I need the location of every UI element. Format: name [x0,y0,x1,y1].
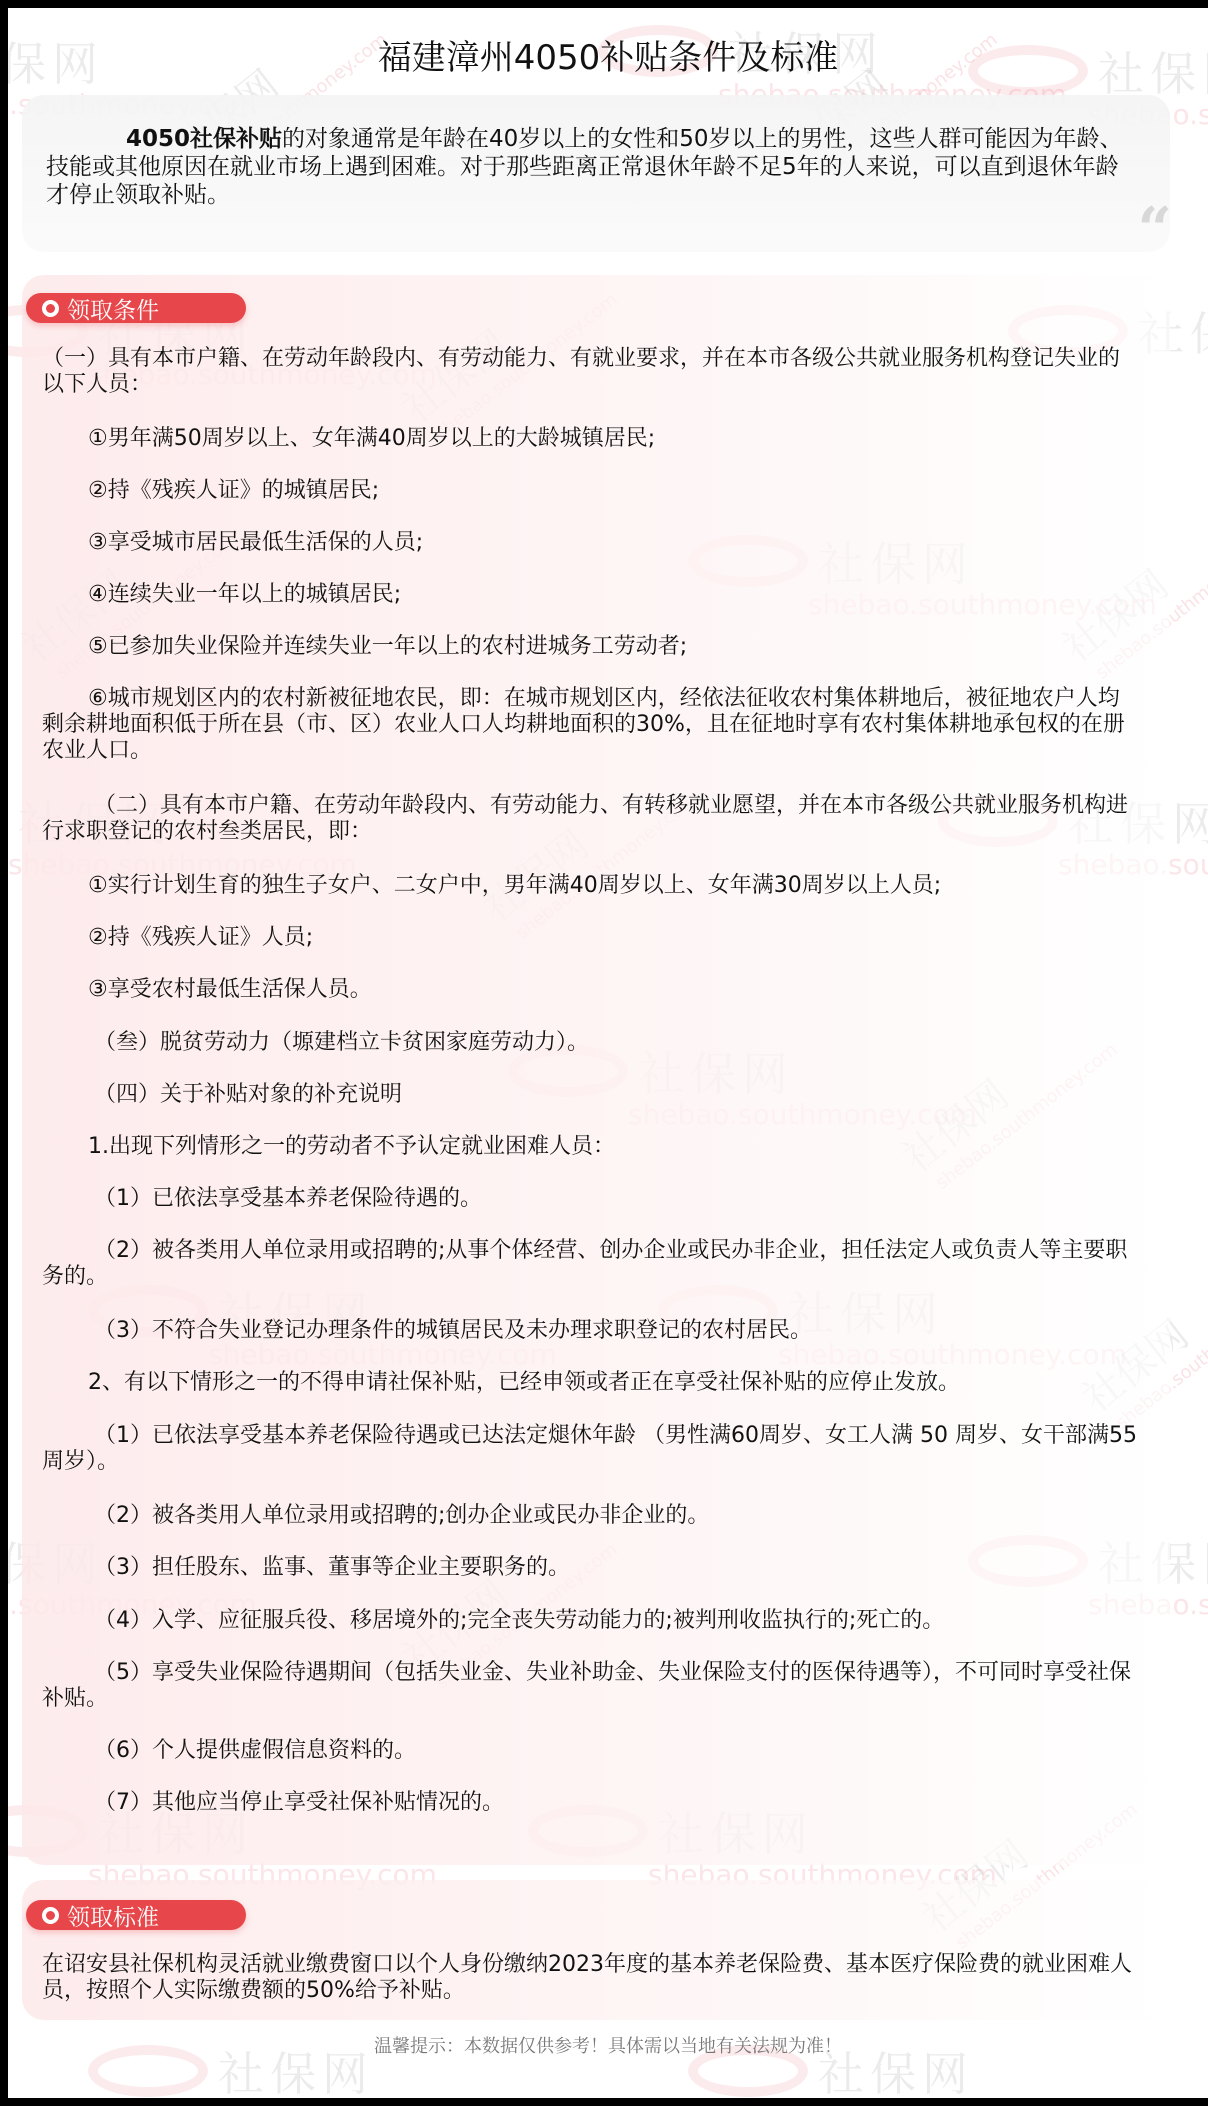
ring-icon [42,300,59,317]
condition-line: ①男年满50周岁以上、女年满40周岁以上的大龄城镇居民; [42,426,1140,452]
condition-line: （1）已依法享受基本养老保险待遇的。 [42,1186,1140,1212]
intro-keyword: 4050社保补贴 [126,126,282,152]
condition-line: （4）入学、应征服兵役、移居境外的;完全丧失劳动能力的;被判刑收监执行的;死亡的… [42,1608,1140,1634]
condition-line: （2）被各类用人单位录用或招聘的;创办企业或民办非企业的。 [42,1503,1140,1529]
section-header-label: 领取标准 [67,1899,159,1932]
condition-line: ⑤已参加失业保险并连续失业一年以上的农村进城务工劳动者; [42,634,1140,660]
section-header-conditions: 领取条件 [26,293,246,323]
footer-disclaimer: 温馨提示：本数据仅供参考！具体需以当地有关法规为准！ [8,2032,1208,2058]
condition-line: （叁）脱贫劳动力（塬建档立卡贫困家庭劳动力）。 [42,1030,1140,1056]
section-header-standards: 领取标准 [26,1900,246,1930]
condition-line: （5）享受失业保险待遇期间（包括失业金、失业补助金、失业保险支付的医保待遇等），… [42,1660,1140,1712]
section-conditions: 领取条件 （一）具有本市户籍、在劳动年龄段内、有劳动能力、有就业要求，并在本市各… [22,275,1170,1865]
condition-line: （3）担任股东、监事、董事等企业主要职务的。 [42,1555,1140,1581]
condition-line: （四）关于补贴对象的补充说明 [42,1082,1140,1108]
quote-icon: “ [1137,200,1172,260]
section-header-label: 领取条件 [67,292,159,325]
condition-line: 1.出现下列情形之一的劳动者不予认定就业困难人员： [42,1134,1140,1160]
condition-line: ①实行计划生育的独生子女户、二女户中，男年满40周岁以上、女年满30周岁以上人员… [42,873,1140,899]
condition-line: （6）个人提供虚假信息资料的。 [42,1738,1140,1764]
intro-text: 4050社保补贴的对象通常是年龄在40岁以上的女性和50岁以上的男性，这些人群可… [46,125,1140,209]
condition-line: （3）不符合失业登记办理条件的城镇居民及未办理求职登记的农村居民。 [42,1318,1140,1344]
intro-box: 4050社保补贴的对象通常是年龄在40岁以上的女性和50岁以上的男性，这些人群可… [22,95,1170,252]
condition-line: ②持《残疾人证》人员; [42,925,1140,951]
condition-line: （二）具有本市户籍、在劳动年龄段内、有劳动能力、有转移就业愿望，并在本市各级公共… [42,793,1140,845]
condition-line: ⑥城市规划区内的农村新被征地农民，即：在城市规划区内，经依法征收农村集体耕地后，… [42,686,1140,764]
condition-line: ④连续失业一年以上的城镇居民; [42,582,1140,608]
condition-line: ②持《残疾人证》的城镇居民; [42,478,1140,504]
ring-icon [42,1907,59,1924]
condition-line: （一）具有本市户籍、在劳动年龄段内、有劳动能力、有就业要求，并在本市各级公共就业… [42,346,1140,398]
page: 社保网shebao.southmoney.com 社保网shebao.south… [8,8,1208,2098]
standard-line: 在诏安县社保机构灵活就业缴费窗口以个人身份缴纳2023年度的基本养老保险费、基本… [42,1952,1140,2004]
page-title: 福建漳州4050补贴条件及标准 [8,30,1208,79]
section-standards: 领取标准 在诏安县社保机构灵活就业缴费窗口以个人身份缴纳2023年度的基本养老保… [22,1880,1170,2020]
condition-line: ③享受农村最低生活保人员。 [42,977,1140,1003]
condition-line: 2、有以下情形之一的不得申请社保补贴，已经申领或者正在享受社保补贴的应停止发放。 [42,1370,1140,1396]
condition-line: （2）被各类用人单位录用或招聘的;从事个体经营、创办企业或民办非企业，担任法定人… [42,1238,1140,1290]
condition-line: ③享受城市居民最低生活保的人员; [42,530,1140,556]
condition-line: （1）已依法享受基本养老保险待遇或已达法定煺休年龄 （男性满60周岁、女工人满 … [42,1423,1140,1475]
article: 福建漳州4050补贴条件及标准 4050社保补贴的对象通常是年龄在40岁以上的女… [8,8,1208,2098]
condition-line: （7）其他应当停止享受社保补贴情况的。 [42,1790,1140,1816]
